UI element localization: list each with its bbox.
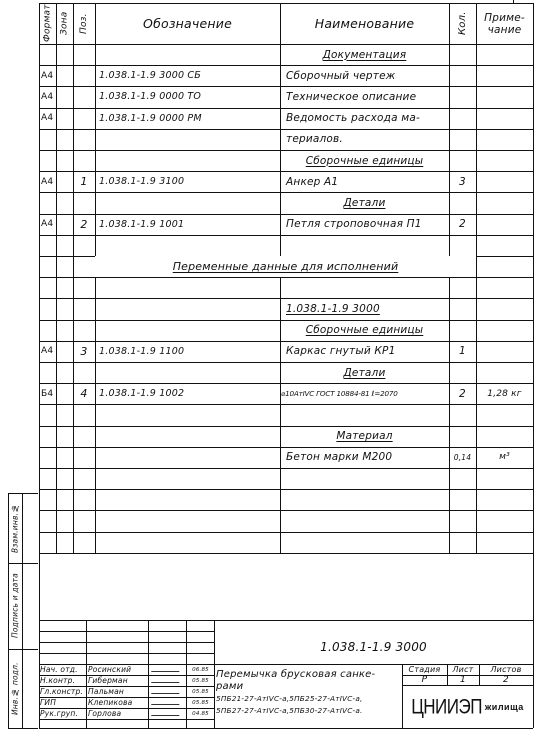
cell-designation: 1.038.1-1.9 1002 [99,383,280,404]
document-title-line: Перемычка брусковая санке- [216,668,402,680]
table-row [39,489,533,510]
table-row [39,277,533,298]
cell-designation: 1.038.1-1.9 0000 РМ [99,108,280,129]
signature-name: Клепикова [88,697,148,708]
signature-role: Н.контр. [40,675,86,686]
organization-logo: ЦНИИЭПжилища [402,686,533,728]
header-note: Приме- чание [476,3,533,44]
cell-span-heading: Переменные данные для исполнений [95,256,476,277]
cell-name: Ведомость расхода ма- [280,108,455,129]
cell-name: Бетон марки М200 [280,447,455,468]
signature-date: 05.85 [187,686,214,697]
cell-name: ⌀10АтIVС ГОСТ 10884-81 ℓ=2070 [280,383,450,404]
signature-role: Нач. отд. [40,664,86,675]
header-quantity: Кол. [449,3,476,44]
cell-designation: 1.038.1-1.9 1001 [99,214,280,235]
signature-date: 05.85 [187,675,214,686]
table-row [39,510,533,531]
signature-name: Гиберман [88,675,148,686]
cell-format: А4 [40,108,57,129]
signature-date: 05.85 [187,697,214,708]
cell-note: 1,28 кг [476,383,533,404]
organization-name: ЦНИИЭП [411,695,482,720]
table-row [39,235,533,256]
rule-line [533,553,534,728]
cell-name: Сборочные единицы [280,150,449,171]
cell-format: А4 [40,65,57,86]
rule-line [39,631,214,632]
cell-name: Сборочный чертеж [280,65,455,86]
cell-name: Сборочные единицы [280,320,449,341]
sheet-label: Лист [447,664,479,675]
cell-name: Каркас гнутый КР1 [280,341,455,362]
header-position: Поз. [73,3,95,44]
cell-format: А4 [40,171,57,192]
signature-name: Горлова [88,708,148,719]
cell-name: Детали [280,192,449,213]
rule-line [8,728,38,729]
cell-name: Техническое описание [280,86,455,107]
cell-name: Материал [280,426,449,447]
cell-name: Анкер А1 [280,171,455,192]
header-name: Наименование [280,3,449,44]
margin-label-signature-date: Подпись и дата [8,563,22,649]
cell-name: териалов. [280,129,455,150]
table-row [39,532,533,553]
cell-quantity: 0,14 [449,447,476,468]
cell-format: А4 [40,86,57,107]
signature-scribble [151,689,181,694]
stage-label: Стадия [402,664,447,675]
document-title-line: 5ПБ27-27-АтIVС-а,5ПБ30-27-АтIVС-а. [216,704,402,716]
document-title-line: 5ПБ21-27-АтIVС-а,5ПБ25-27-АтIVС-а, [216,692,402,704]
cell-format: А4 [40,341,57,362]
cell-designation: 1.038.1-1.9 3000 СБ [99,65,280,86]
cell-quantity: 2 [449,214,476,235]
cell-quantity: 2 [449,383,476,404]
cell-format: Б4 [40,383,57,404]
cell-name: 1.038.1-1.9 3000 [280,298,455,319]
cell-position: 2 [73,214,95,235]
header-format: Формат [39,3,56,44]
signature-name: Пальман [88,686,148,697]
stage-value: Р [402,675,447,685]
margin-label-replaced-inv: Взам.инв.№ [8,493,22,563]
signature-role: ГИП [40,697,86,708]
rule-line [39,719,214,720]
cell-position: 3 [73,341,95,362]
margin-label-original-inv: Инв.№ подл. [8,649,22,728]
rule-line [39,642,214,643]
signature-name: Росинский [88,664,148,675]
rule-line [22,493,23,728]
table-row [39,468,533,489]
cell-name: Детали [280,362,449,383]
signature-role: Рук.груп. [40,708,86,719]
rule-line [39,728,533,729]
header-zone: Зона [56,3,73,44]
document-code: 1.038.1-1.9 3000 [214,630,533,664]
rule-line [39,653,214,654]
cell-designation: 1.038.1-1.9 0000 ТО [99,86,280,107]
signature-scribble [151,700,181,705]
document-title-line: рами [216,680,402,692]
cell-designation: 1.038.1-1.9 1100 [99,341,280,362]
sheets-label: Листов [479,664,533,675]
rule-line [39,620,533,621]
cell-designation: 1.038.1-1.9 3100 [99,171,280,192]
signature-date: 04.85 [187,708,214,719]
header-designation: Обозначение [95,3,280,44]
cell-position: 4 [73,383,95,404]
signature-role: Гл.констр. [40,686,86,697]
signature-scribble [151,678,181,683]
cell-quantity: 3 [449,171,476,192]
rule-line [533,3,534,553]
rule-line [39,553,533,554]
organization-subtitle: жилища [485,702,524,712]
signature-date: 06.85 [187,664,214,675]
cell-format: А4 [40,214,57,235]
signature-scribble [151,711,181,716]
cell-name: Документация [280,44,449,65]
table-row [39,404,533,425]
sheet-value: 1 [447,675,479,685]
cell-quantity: 1 [449,341,476,362]
cell-name: Петля строповочная П1 [280,214,455,235]
sheets-count-value: 2 [479,675,533,685]
cell-note: м³ [476,447,533,468]
cell-position: 1 [73,171,95,192]
signature-scribble [151,667,181,672]
